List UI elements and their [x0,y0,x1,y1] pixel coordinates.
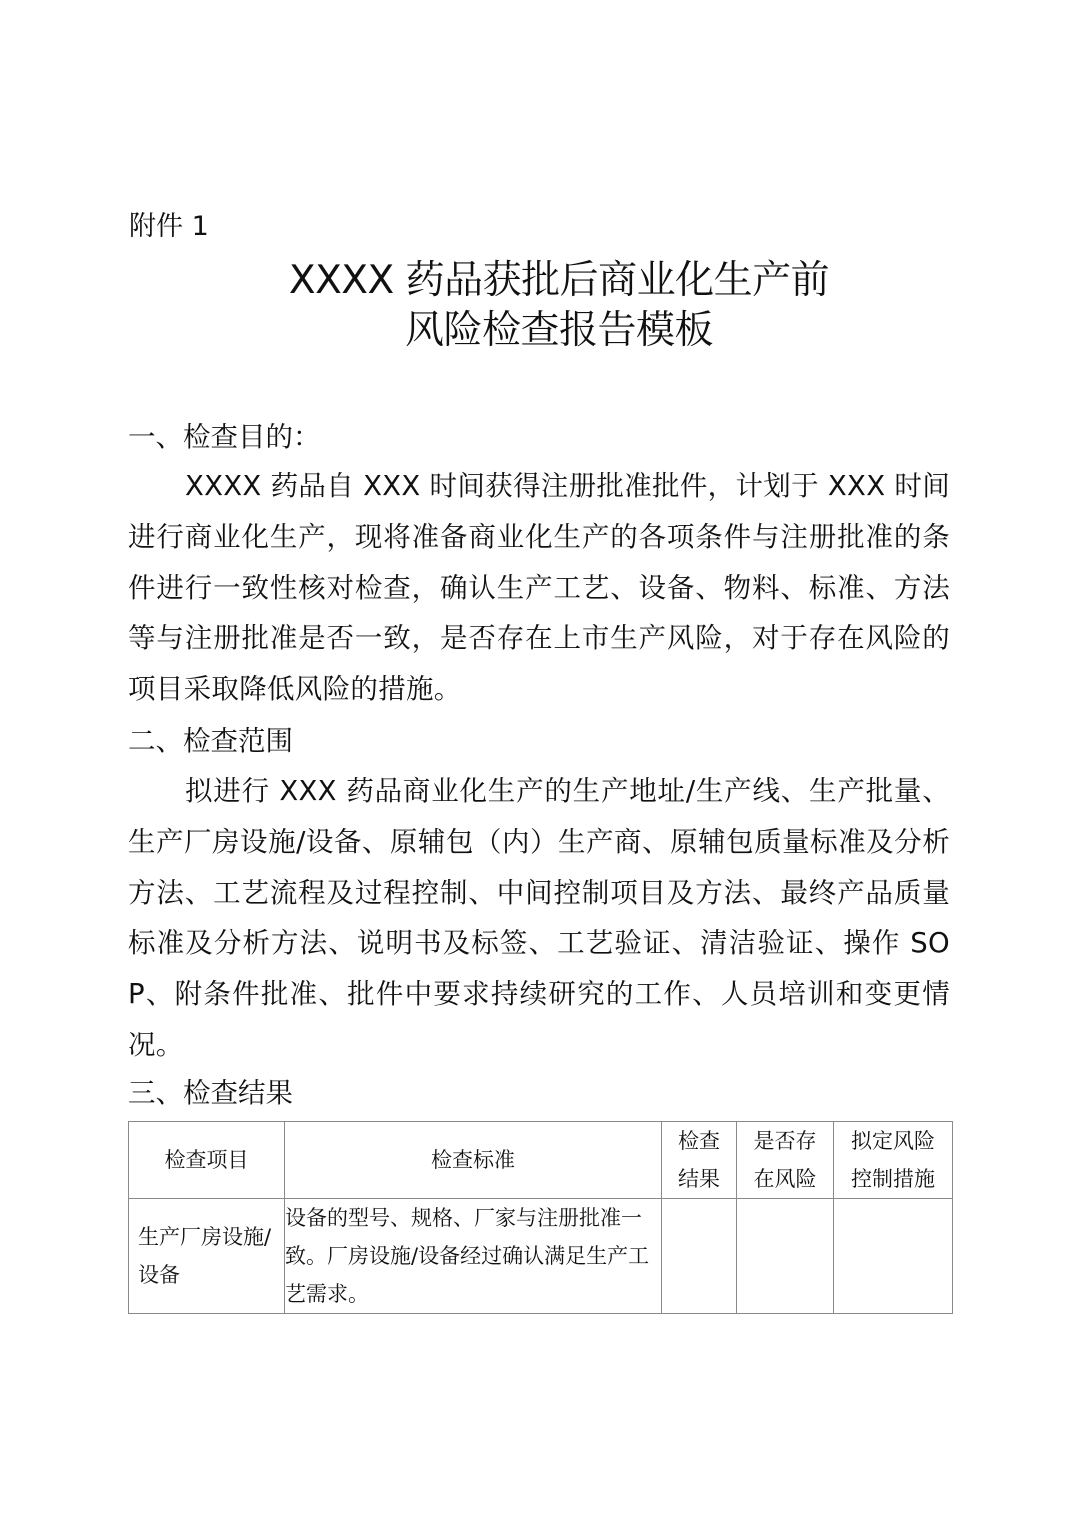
header-inspection-item: 检查项目 [129,1122,285,1199]
cell-inspection-standard: 设备的型号、规格、厂家与注册批准一致。厂房设施/设备经过确认满足生产工艺需求。 [285,1199,662,1314]
section-heading-scope: 二、检查范围 [128,721,293,761]
header-label-line2: 控制措施 [834,1160,952,1198]
cell-inspection-result [662,1199,737,1314]
header-label-line1: 是否存 [737,1122,833,1160]
header-label-line2: 在风险 [737,1160,833,1198]
header-label: 检查标准 [285,1141,661,1179]
section-heading-results: 三、检查结果 [128,1073,293,1113]
document-title-line1: XXXX 药品获批后商业化生产前 [0,256,1080,306]
cell-risk-control-measures [834,1199,953,1314]
section-heading-purpose: 一、检查目的： [128,417,321,457]
header-risk-control-measures: 拟定风险 控制措施 [834,1122,953,1199]
header-inspection-standard: 检查标准 [285,1122,662,1199]
header-inspection-result: 检查 结果 [662,1122,737,1199]
header-label-line1: 检查 [662,1122,736,1160]
header-label-line1: 拟定风险 [834,1122,952,1160]
attachment-label: 附件 1 [129,207,209,247]
section-body-purpose: XXXX 药品自 XXX 时间获得注册批准批件，计划于 XXX 时间进行商业化生… [128,461,950,715]
section-body-scope: 拟进行 XXX 药品商业化生产的生产地址/生产线、生产批量、生产厂房设施/设备、… [128,766,950,1071]
header-label: 检查项目 [129,1141,284,1179]
table-row: 生产厂房设施/设备 设备的型号、规格、厂家与注册批准一致。厂房设施/设备经过确认… [129,1199,953,1314]
document-page: 附件 1 XXXX 药品获批后商业化生产前 风险检查报告模板 一、检查目的： X… [0,0,1080,1527]
cell-risk-exists [737,1199,834,1314]
header-risk-exists: 是否存 在风险 [737,1122,834,1199]
document-title-line2: 风险检查报告模板 [0,306,1080,356]
cell-inspection-item: 生产厂房设施/设备 [129,1199,285,1314]
header-label-line2: 结果 [662,1160,736,1198]
inspection-results-table: 检查项目 检查标准 检查 结果 是否存 在风险 拟定风险 控制措施 [128,1121,953,1314]
table-header-row: 检查项目 检查标准 检查 结果 是否存 在风险 拟定风险 控制措施 [129,1122,953,1199]
